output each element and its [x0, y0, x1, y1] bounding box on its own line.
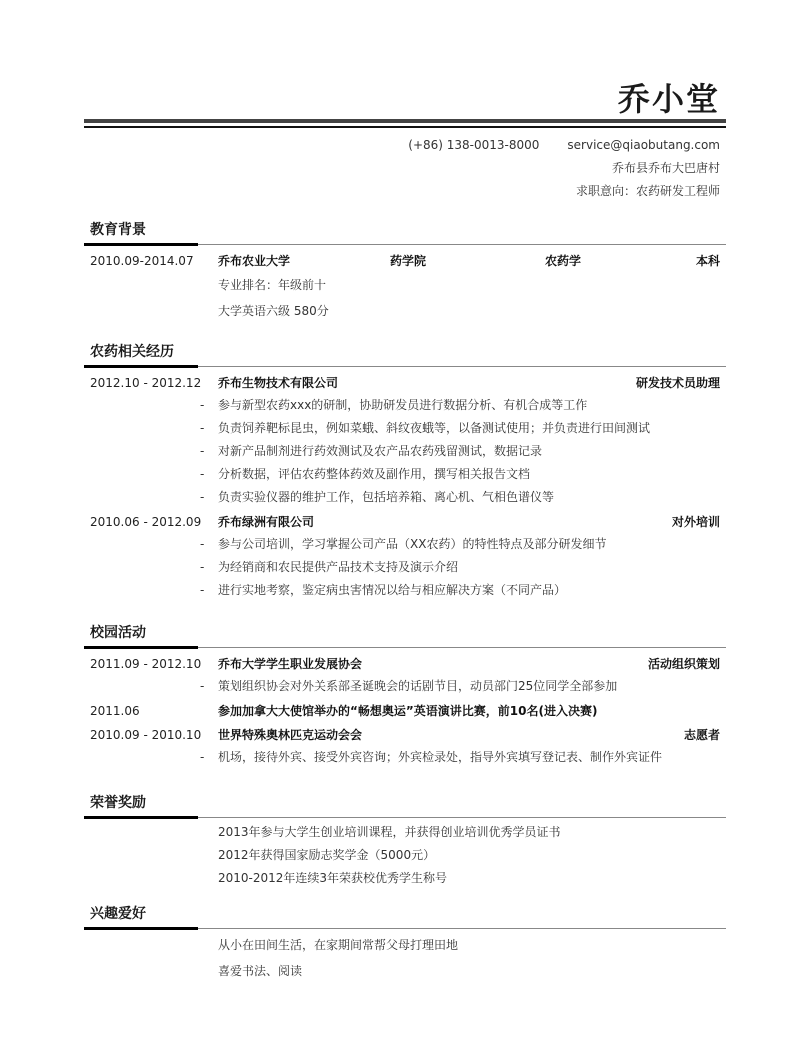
section-divider: [84, 816, 726, 819]
job-bullet: -参与新型农药xxx的研制，协助研发员进行数据分析、有机合成等工作: [84, 394, 726, 417]
phone: (+86) 138-0013-8000: [408, 138, 539, 152]
job-bullet: -分析数据，评估农药整体药效及副作用，撰写相关报告文档: [84, 463, 726, 486]
job-bullet: -参与公司培训，学习掌握公司产品（XX农药）的特性特点及部分研发细节: [84, 533, 726, 556]
email: service@qiaobutang.com: [567, 138, 720, 152]
edu-major: 农药学: [545, 250, 581, 272]
honor-item: 2013年参与大学生创业培训课程，并获得创业培训优秀学员证书: [84, 821, 726, 844]
job-bullet: -对新产品制剂进行药效测试及农产品农药残留测试，数据记录: [84, 440, 726, 463]
education-entry: 2010.09-2014.07 乔布农业大学 药学院 农药学 本科: [84, 250, 726, 272]
section-education: 教育背景 2010.09-2014.07 乔布农业大学 药学院 农药学 本科 专…: [84, 219, 726, 324]
edu-school: 乔布农业大学: [218, 250, 290, 272]
section-divider: [84, 927, 726, 930]
header-rule-thin: [84, 126, 726, 128]
activity-entry: 2010.09 - 2010.10 世界特殊奥林匹克运动会会 志愿者: [84, 724, 726, 746]
job-bullet: -为经销商和农民提供产品技术支持及演示介绍: [84, 556, 726, 579]
job-objective: 求职意向：农药研发工程师: [408, 180, 720, 203]
hobby-item: 从小在田间生活，在家期间常帮父母打理田地: [84, 932, 726, 958]
edu-college: 药学院: [390, 250, 426, 272]
address: 乔布县乔布大巴唐村: [408, 157, 720, 180]
hobby-item: 喜爱书法、阅读: [84, 958, 726, 984]
job-date: 2012.10 - 2012.12: [90, 372, 201, 394]
candidate-name: 乔小堂: [618, 74, 720, 120]
job-company: 乔布绿洲有限公司: [218, 511, 314, 533]
job-entry: 2012.10 - 2012.12 乔布生物技术有限公司 研发技术员助理: [84, 372, 726, 394]
edu-detail: 专业排名：年级前十: [84, 272, 726, 298]
job-date: 2010.06 - 2012.09: [90, 511, 201, 533]
section-divider: [84, 365, 726, 368]
edu-detail: 大学英语六级 580分: [84, 298, 726, 324]
activity-entry: 2011.06 参加加拿大大使馆举办的“畅想奥运”英语演讲比赛，前10名(进入决…: [84, 700, 726, 722]
contact-block: (+86) 138-0013-8000service@qiaobutang.co…: [408, 134, 720, 203]
job-entry: 2010.06 - 2012.09 乔布绿洲有限公司 对外培训: [84, 511, 726, 533]
section-title: 荣誉奖励: [84, 792, 726, 814]
honor-item: 2010-2012年连续3年荣获校优秀学生称号: [84, 867, 726, 890]
header-rule-thick: [84, 119, 726, 123]
section-title: 兴趣爱好: [84, 903, 726, 925]
job-bullet: -负责饲养靶标昆虫，例如菜蛾、斜纹夜蛾等，以备测试使用；并负责进行田间测试: [84, 417, 726, 440]
section-title: 教育背景: [84, 219, 726, 241]
honor-item: 2012年获得国家励志奖学金（5000元）: [84, 844, 726, 867]
job-role: 对外培训: [672, 511, 720, 533]
activity-entry: 2011.09 - 2012.10 乔布大学学生职业发展协会 活动组织策划: [84, 653, 726, 675]
section-honors: 荣誉奖励 2013年参与大学生创业培训课程，并获得创业培训优秀学员证书 2012…: [84, 792, 726, 890]
edu-date: 2010.09-2014.07: [90, 250, 194, 272]
job-bullet: -进行实地考察，鉴定病虫害情况以给与相应解决方案（不同产品）: [84, 579, 726, 602]
job-role: 研发技术员助理: [636, 372, 720, 394]
section-divider: [84, 243, 726, 246]
job-bullet: -负责实验仪器的维护工作，包括培养箱、离心机、气相色谱仪等: [84, 486, 726, 509]
section-experience: 农药相关经历 2012.10 - 2012.12 乔布生物技术有限公司 研发技术…: [84, 341, 726, 602]
job-company: 乔布生物技术有限公司: [218, 372, 338, 394]
edu-degree: 本科: [696, 250, 720, 272]
section-title: 农药相关经历: [84, 341, 726, 363]
section-title: 校园活动: [84, 622, 726, 644]
activity-bullet: -策划组织协会对外关系部圣诞晚会的话剧节目，动员部门25位同学全部参加: [84, 675, 726, 698]
section-campus: 校园活动 2011.09 - 2012.10 乔布大学学生职业发展协会 活动组织…: [84, 622, 726, 769]
section-hobbies: 兴趣爱好 从小在田间生活，在家期间常帮父母打理田地 喜爱书法、阅读: [84, 903, 726, 984]
section-divider: [84, 646, 726, 649]
activity-bullet: -机场，接待外宾、接受外宾咨询；外宾检录处，指导外宾填写登记表、制作外宾证件: [84, 746, 726, 769]
